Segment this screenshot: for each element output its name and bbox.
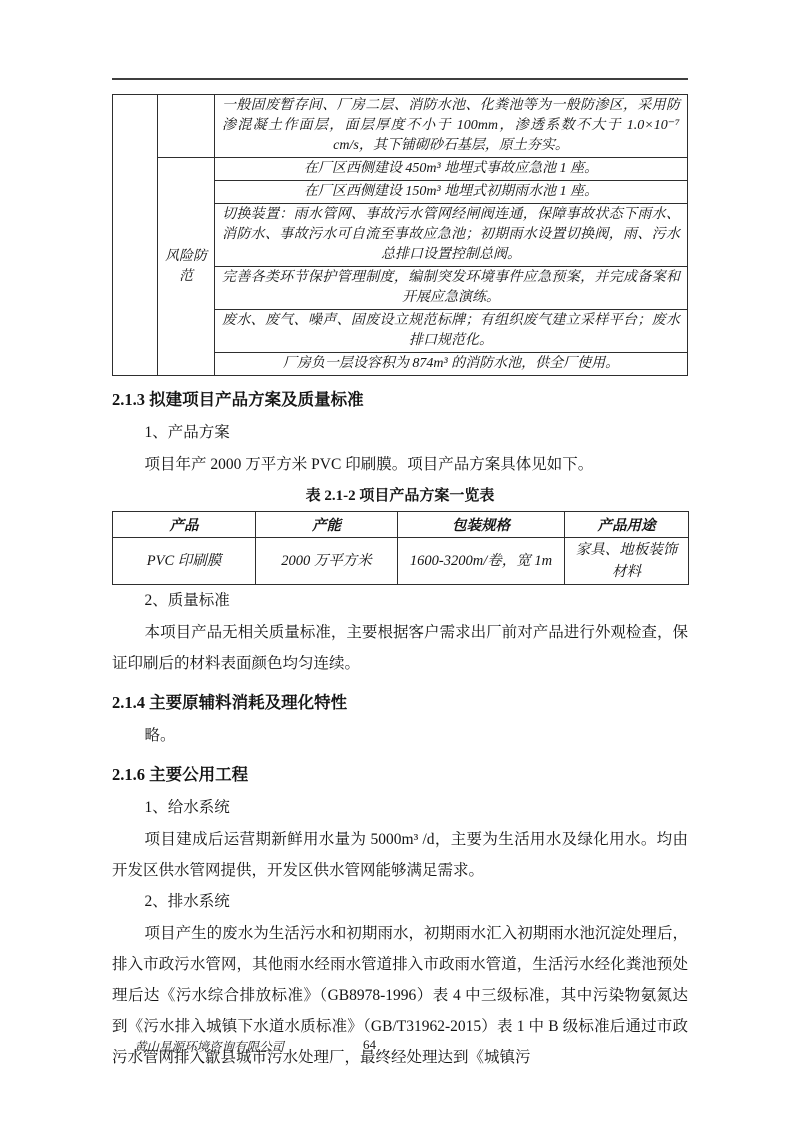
column-header-capacity: 产能: [256, 512, 398, 538]
table-row: 一般固废暂存间、厂房二层、消防水池、化粪池等为一般防渗区，采用防渗混凝土作面层，…: [113, 95, 688, 158]
list-item-product-plan: 1、产品方案: [112, 418, 688, 448]
paragraph-omitted: 略。: [112, 721, 688, 751]
table-caption-2-1-2: 表 2.1-2 项目产品方案一览表: [112, 484, 688, 508]
table-header-row: 产品 产能 包装规格 产品用途: [113, 512, 689, 538]
heading-2-1-6: 2.1.6 主要公用工程: [112, 764, 688, 786]
paragraph-quality-standard: 本项目产品无相关质量标准，主要根据客户需求出厂前对产品进行外观检查，保证印刷后的…: [112, 617, 688, 679]
column-header-packaging: 包装规格: [398, 512, 565, 538]
paragraph-water-supply: 项目建成后运营期新鲜用水量为 5000m³ /d，主要为生活用水及绿化用水。均由…: [112, 824, 688, 886]
table-row: PVC 印刷膜 2000 万平方米 1600-3200m/卷，宽 1m 家具、地…: [113, 538, 689, 585]
footer-company-name: 黄山星源环境咨询有限公司: [134, 1037, 284, 1055]
table-cell: 在厂区西侧建设 150m³ 地埋式初期雨水池 1 座。: [215, 181, 688, 204]
paragraph-product-plan: 项目年产 2000 万平方米 PVC 印刷膜。项目产品方案具体见如下。: [112, 449, 688, 480]
list-item-drainage: 2、排水系统: [112, 887, 688, 917]
table-cell: 一般固废暂存间、厂房二层、消防水池、化粪池等为一般防渗区，采用防渗混凝土作面层，…: [215, 95, 688, 158]
heading-2-1-4: 2.1.4 主要原辅料消耗及理化特性: [112, 692, 688, 714]
list-item-quality-standard: 2、质量标准: [112, 586, 688, 616]
table-cell-product: PVC 印刷膜: [113, 538, 256, 585]
page-content: 一般固废暂存间、厂房二层、消防水池、化粪池等为一般防渗区，采用防渗混凝土作面层，…: [112, 94, 688, 1073]
table-cell-capacity: 2000 万平方米: [256, 538, 398, 585]
footer-page-number: 64: [363, 1037, 376, 1053]
table-row-label: 风险防范: [158, 158, 215, 376]
risk-prevention-table: 一般固废暂存间、厂房二层、消防水池、化粪池等为一般防渗区，采用防渗混凝土作面层，…: [112, 94, 688, 376]
table-cell: 在厂区西侧建设 450m³ 地埋式事故应急池 1 座。: [215, 158, 688, 181]
page-header-rule: [112, 78, 688, 80]
product-plan-table: 产品 产能 包装规格 产品用途 PVC 印刷膜 2000 万平方米 1600-3…: [112, 511, 689, 585]
table-cell: 切换装置：雨水管网、事故污水管网经闸阀连通，保障事故状态下雨水、消防水、事故污水…: [215, 204, 688, 267]
table-cell-empty: [158, 95, 215, 158]
table-cell: 厂房负一层设容积为 874m³ 的消防水池，供全厂使用。: [215, 353, 688, 376]
table-row: 风险防范 在厂区西侧建设 450m³ 地埋式事故应急池 1 座。: [113, 158, 688, 181]
table-cell-usage: 家具、地板装饰材料: [565, 538, 689, 585]
table-cell-empty-left: [113, 95, 158, 376]
table-cell-packaging: 1600-3200m/卷，宽 1m: [398, 538, 565, 585]
heading-2-1-3: 2.1.3 拟建项目产品方案及质量标准: [112, 389, 688, 411]
list-item-water-supply: 1、给水系统: [112, 793, 688, 823]
table-cell: 废水、废气、噪声、固废设立规范标牌；有组织废气建立采样平台；废水排口规范化。: [215, 310, 688, 353]
column-header-usage: 产品用途: [565, 512, 689, 538]
column-header-product: 产品: [113, 512, 256, 538]
table-cell: 完善各类环节保护管理制度，编制突发环境事件应急预案，并完成备案和开展应急演练。: [215, 267, 688, 310]
